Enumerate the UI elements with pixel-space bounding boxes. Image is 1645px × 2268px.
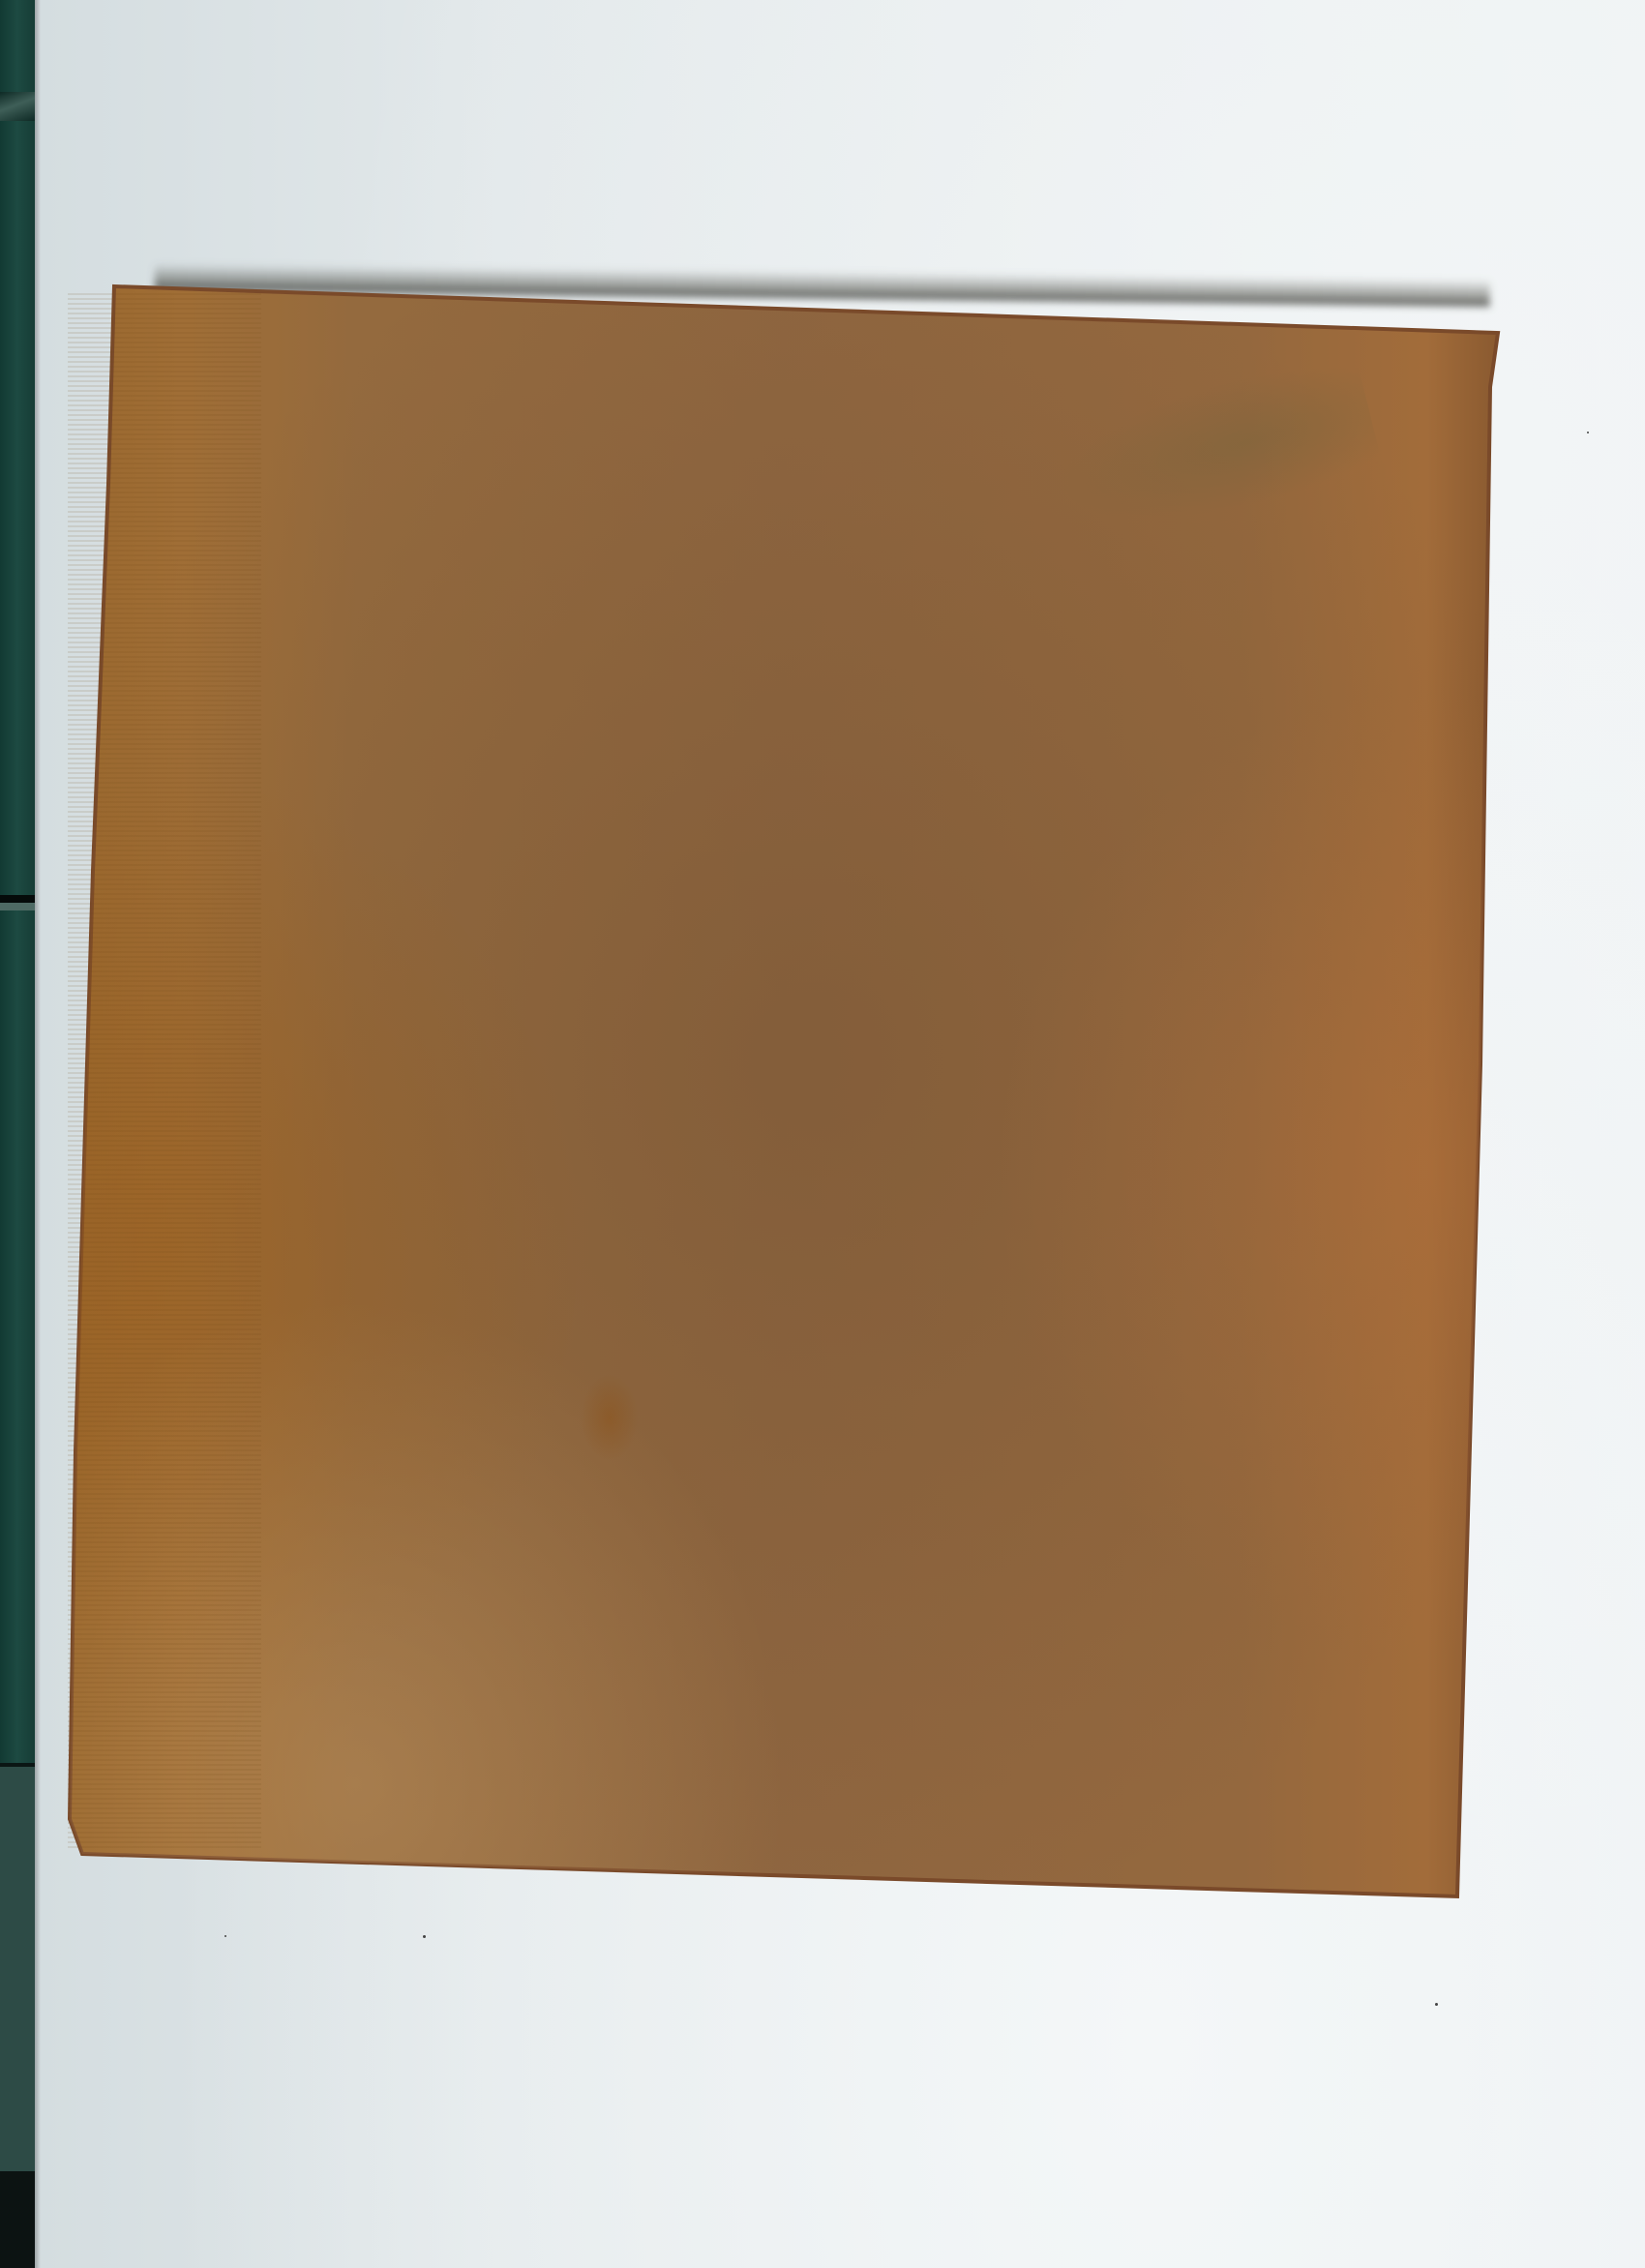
dust-speck xyxy=(1587,432,1589,433)
dust-speck xyxy=(224,1935,226,1937)
book-cover-container xyxy=(0,0,1645,2268)
dust-speck xyxy=(1435,2003,1438,2006)
book-cover-outline xyxy=(0,0,1645,2268)
dust-speck xyxy=(423,1935,426,1938)
